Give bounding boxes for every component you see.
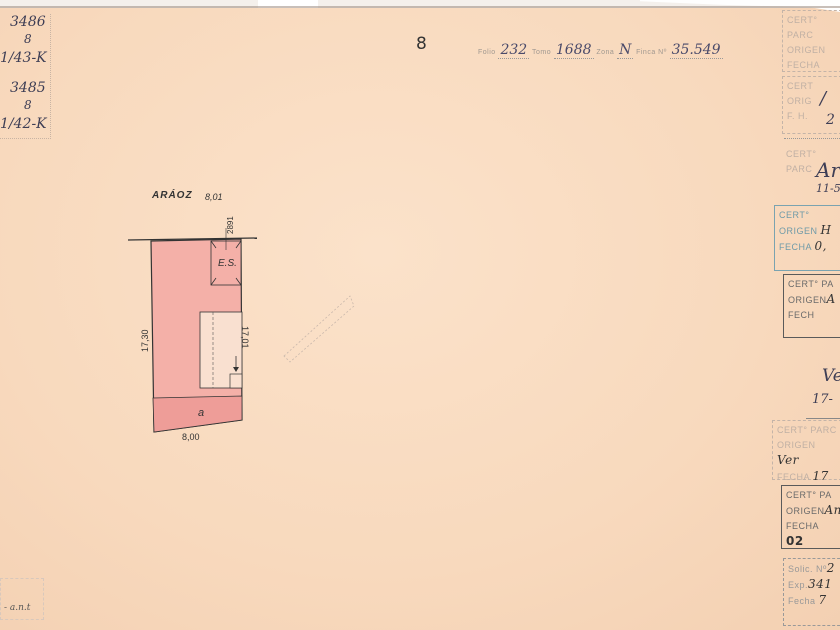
stamp-handwriting: 02: [786, 534, 804, 548]
stamp-handwriting: /: [820, 88, 826, 109]
stamp-handwriting: 2: [827, 561, 835, 575]
stamp-line: Exp.: [788, 580, 808, 590]
application-stamp: Solic. Nº2 Exp.341 Fecha 7: [783, 558, 840, 626]
stamp-handwriting: 11-5: [816, 182, 840, 195]
stamp-line: ORIGEN: [788, 295, 827, 305]
es-label: E.S.: [218, 258, 237, 269]
certificate-stamp: CERT° PA ORIGENA FECH: [783, 274, 840, 338]
stamp-line: CERT° PARC: [787, 13, 837, 43]
stamp-handwriting: 2: [826, 112, 835, 128]
stamp-line: FECHA: [779, 242, 812, 252]
stamp-handwriting: Ar: [816, 158, 840, 182]
stamp-line: ORIGEN: [777, 440, 816, 450]
stamp-handwriting: 17: [813, 469, 829, 483]
stamp-handwriting: A: [827, 292, 836, 306]
stamp-line: CERT° PA: [788, 277, 840, 292]
certificate-stamp: CERT° ORIGEN H FECHA 0,: [774, 205, 840, 271]
stamp-line: ORIGEN: [787, 43, 837, 58]
stamp-handwriting: 7: [819, 593, 827, 607]
stamp-line: FECH: [788, 308, 840, 323]
lot-plan-drawing: [0, 0, 840, 630]
stamp-line: Fecha: [788, 596, 816, 606]
stamp-handwriting: An: [825, 503, 840, 517]
unit-label: a: [198, 407, 204, 419]
divider: [784, 138, 840, 140]
stamp-handwriting: H: [821, 223, 832, 237]
stamp-line: FECHA: [786, 521, 819, 531]
bottom-side-dimension: 8,00: [182, 432, 200, 442]
stamp-line: CERT: [787, 79, 837, 94]
stamp-line: ORIGEN: [786, 506, 825, 516]
stamp-handwriting: 341: [808, 577, 832, 591]
right-side-dimension: 17,01: [240, 326, 250, 349]
certificate-stamp: CERT° PARC ORIGEN Ver FECHA 17: [772, 420, 840, 480]
certificate-stamp: CERT° PARC ORIGEN FECHA: [782, 10, 840, 72]
stamp-handwriting: Ve: [822, 366, 840, 386]
stamp-handwriting: 0,: [815, 239, 827, 253]
stamp-line: Solic. Nº: [788, 564, 827, 574]
stamp-line: ORIG: [787, 94, 837, 109]
stamp-handwriting: 17-: [812, 392, 833, 407]
certificate-stamp: CERT° PA ORIGENAn FECHA 02: [781, 485, 840, 549]
stamp-line: FECHA: [787, 58, 837, 73]
stamp-line: CERT° PA: [786, 488, 838, 503]
stamp-line: FECHA: [777, 472, 810, 482]
stamp-line: ORIGEN: [779, 226, 818, 236]
left-side-dimension: 17,30: [140, 329, 150, 352]
stamp-line: CERT°: [779, 208, 839, 223]
stamp-line: CERT° PARC: [777, 423, 837, 438]
stamp-handwriting: Ver: [777, 453, 799, 467]
